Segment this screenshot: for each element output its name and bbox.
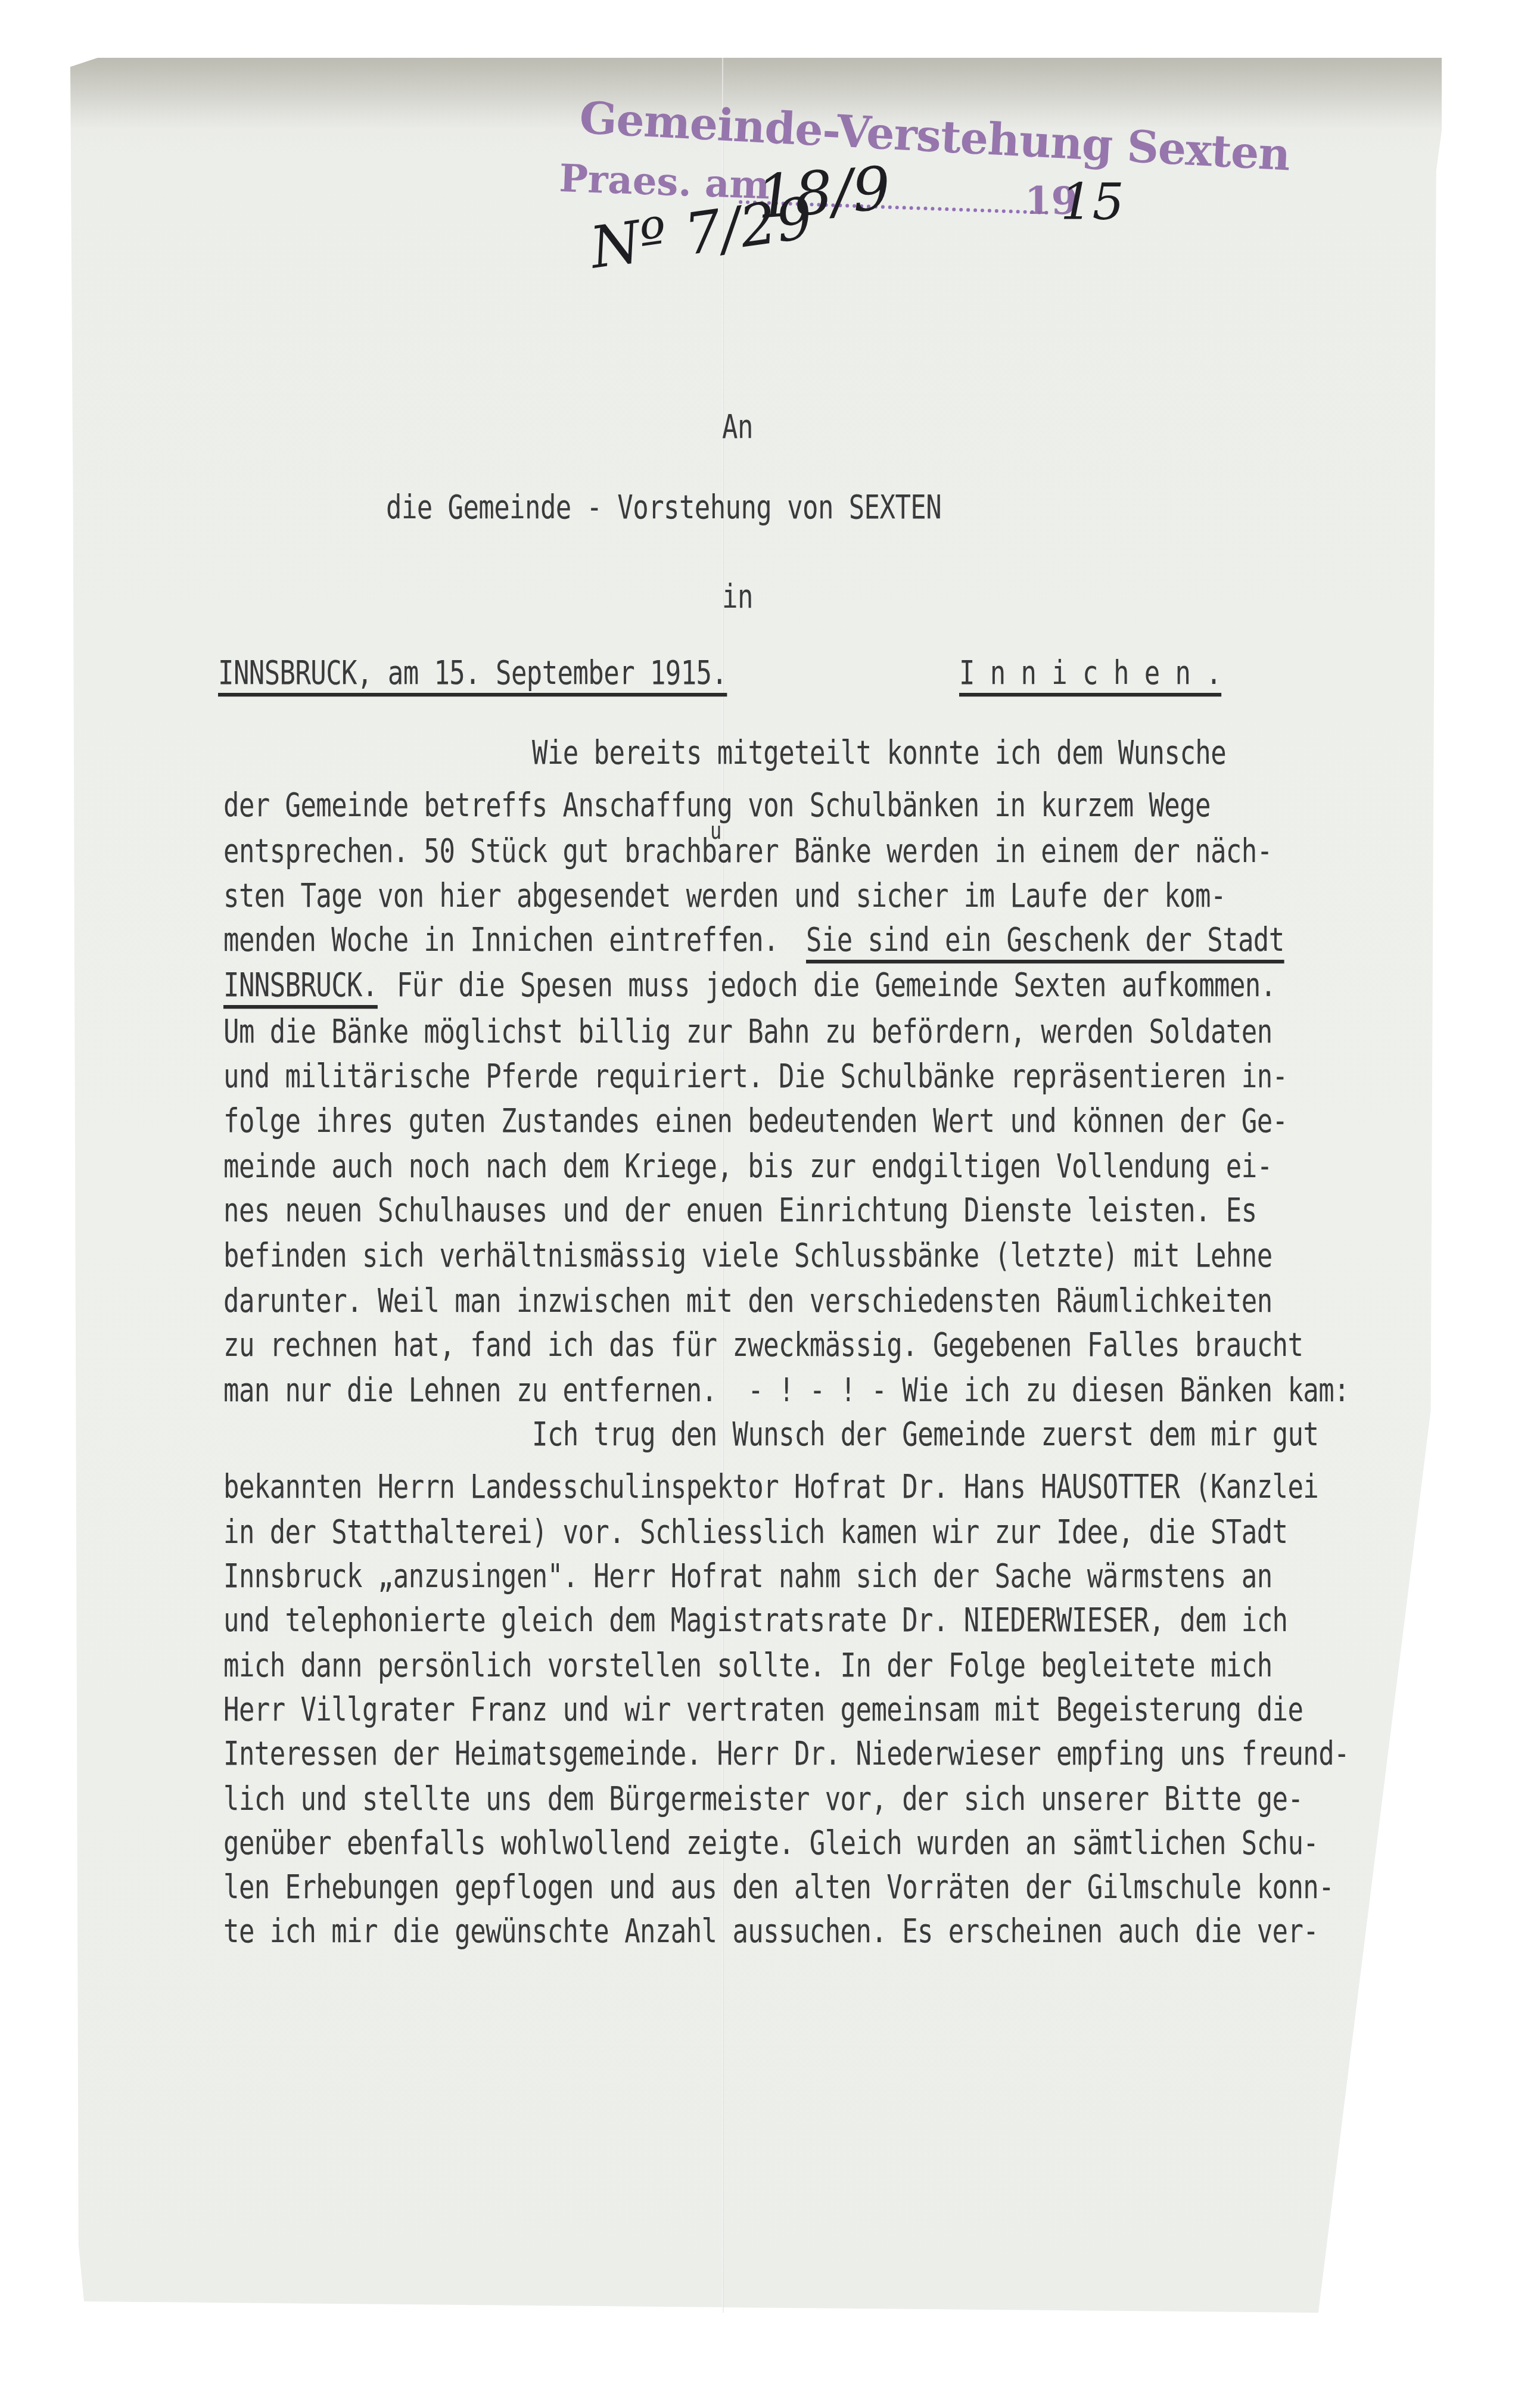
body-line: Innsbruck „anzusingen". Herr Hofrat nahm… (223, 1557, 1273, 1595)
dateline-destination: I n n i c h e n . (959, 654, 1221, 692)
body-line: Wie bereits mitgeteilt konnte ich dem Wu… (532, 734, 1226, 772)
body-line: nes neuen Schulhauses und der enuen Einr… (223, 1191, 1257, 1230)
body-line: befinden sich verhältnismässig viele Sch… (223, 1237, 1273, 1275)
body-line: sten Tage von hier abgesendet werden und… (223, 877, 1226, 915)
address-in: in (722, 578, 753, 616)
address-to: An (722, 408, 753, 446)
body-line: bekannten Herrn Landesschulinspektor Hof… (223, 1468, 1318, 1506)
body-line: man nur die Lehnen zu entfernen. - ! - !… (223, 1371, 1349, 1410)
body-line: und telephonierte gleich dem Magistratsr… (223, 1601, 1287, 1640)
body-line: te ich mir die gewünschte Anzahl aussuch… (223, 1912, 1318, 1950)
body-line-underlined: Sie sind ein Geschenk der Stadt (806, 921, 1284, 959)
body-line: Herr Villgrater Franz und wir vertraten … (223, 1691, 1303, 1729)
body-line: zu rechnen hat, fand ich das für zweckmä… (223, 1326, 1303, 1364)
body-line: darunter. Weil man inzwischen mit den ve… (223, 1282, 1273, 1320)
address-recipient: die Gemeinde - Vorstehung von SEXTEN (386, 489, 941, 527)
body-line-underlined: INNSBRUCK. (223, 966, 378, 1004)
handwritten-year-digits: 15 (1060, 173, 1124, 231)
body-line: in der Statthalterei) vor. Schliesslich … (223, 1513, 1287, 1551)
body-line: mich dann persönlich vorstellen sollte. … (223, 1647, 1273, 1685)
body-line: entsprechen. 50 Stück gut brachbarer Bän… (223, 832, 1273, 870)
body-line: lich und stellte uns dem Bürgermeister v… (223, 1780, 1303, 1818)
body-line: Für die Spesen muss jedoch die Gemeinde … (381, 966, 1276, 1004)
inserted-correction: u (710, 816, 721, 845)
body-line: folge ihres guten Zustandes einen bedeut… (223, 1102, 1287, 1140)
body-line: len Erhebungen gepflogen und aus den alt… (223, 1868, 1334, 1906)
body-line: meinde auch noch nach dem Kriege, bis zu… (223, 1147, 1273, 1186)
body-line: Interessen der Heimatsgemeinde. Herr Dr.… (223, 1735, 1349, 1773)
body-line: und militärische Pferde requiriert. Die … (223, 1057, 1287, 1096)
body-line: Ich trug den Wunsch der Gemeinde zuerst … (532, 1416, 1318, 1454)
dateline-place-date: INNSBRUCK, am 15. September 1915. (218, 654, 727, 692)
body-line: genüber ebenfalls wohlwollend zeigte. Gl… (223, 1824, 1318, 1862)
body-line: menden Woche in Innichen eintreffen. (223, 921, 794, 959)
body-line: Um die Bänke möglichst billig zur Bahn z… (223, 1013, 1273, 1051)
